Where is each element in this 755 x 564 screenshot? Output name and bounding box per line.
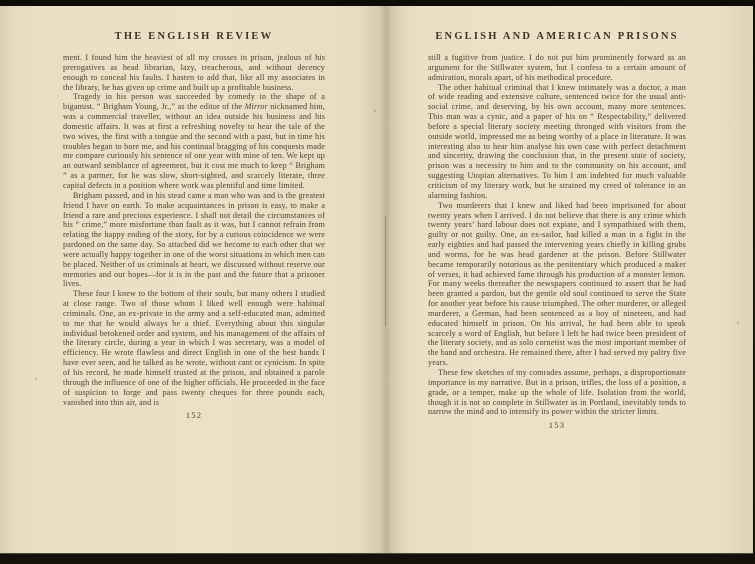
left-page-text: ment. I found him the heaviest of all my… xyxy=(63,53,325,407)
right-page-text: still a fugitive from justice. I do not … xyxy=(428,53,686,417)
left-page-number: 152 xyxy=(63,410,325,420)
right-page-column: ENGLISH AND AMERICAN PRISONS still a fug… xyxy=(428,31,686,430)
book-photo: THE ENGLISH REVIEW ment. I found him the… xyxy=(0,0,755,564)
right-page: ENGLISH AND AMERICAN PRISONS still a fug… xyxy=(387,6,753,553)
paragraph: still a fugitive from justice. I do not … xyxy=(428,53,686,83)
right-running-head: ENGLISH AND AMERICAN PRISONS xyxy=(428,31,686,42)
book-spread: THE ENGLISH REVIEW ment. I found him the… xyxy=(0,6,753,553)
paragraph: The other habitual criminal that I knew … xyxy=(428,83,686,201)
paragraph: Two murderers that I knew and liked had … xyxy=(428,201,686,368)
paragraph: These few sketches of my comrades assume… xyxy=(428,368,686,417)
paragraph: These four I knew to the bottom of their… xyxy=(63,289,325,407)
paragraph: Brigham passed, and in his stead came a … xyxy=(63,191,325,289)
right-page-number: 153 xyxy=(428,420,686,430)
italic-text: Mirror xyxy=(245,102,268,111)
paragraph: Tragedy in his person was succeeded by c… xyxy=(63,92,325,190)
paragraph: ment. I found him the heaviest of all my… xyxy=(63,53,325,92)
left-page: THE ENGLISH REVIEW ment. I found him the… xyxy=(0,6,387,553)
left-page-column: THE ENGLISH REVIEW ment. I found him the… xyxy=(63,31,325,420)
left-running-head: THE ENGLISH REVIEW xyxy=(63,31,325,42)
